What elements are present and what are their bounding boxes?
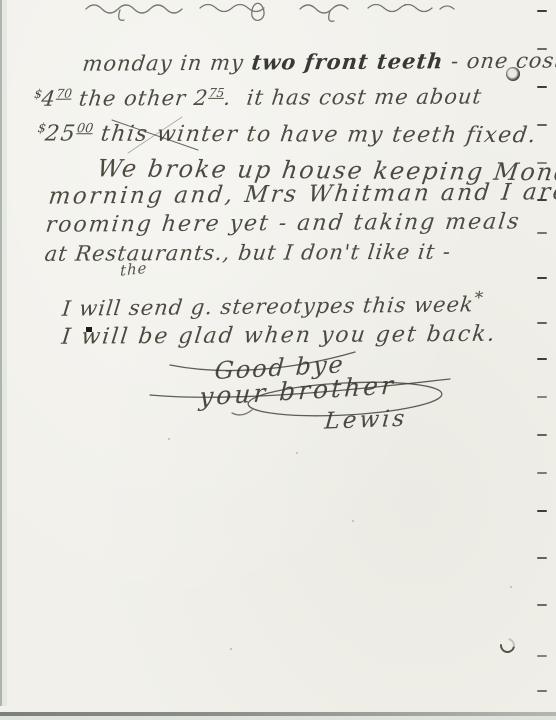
binding-mark: [537, 557, 547, 559]
binding-mark: [537, 510, 547, 512]
binding-mark: [537, 396, 547, 398]
binding-mark: [537, 232, 547, 234]
binding-mark: [537, 690, 547, 692]
signature-line2: Lewis: [282, 380, 409, 462]
paper-speck: [510, 586, 512, 588]
ink-blot: [86, 327, 92, 332]
signature-name-text: Lewis: [324, 406, 409, 435]
paper-speck: [404, 4, 406, 6]
binding-mark: [537, 655, 547, 657]
binding-mark: [537, 434, 547, 436]
binding-mark: [537, 472, 547, 474]
binding-mark: [537, 277, 547, 279]
letter-page: monday in my two front teeth - one cost …: [0, 0, 556, 720]
binding-mark: [537, 322, 547, 324]
binding-mark: [537, 124, 547, 126]
paper-speck: [352, 520, 354, 522]
binding-mark: [537, 604, 547, 606]
scan-bottom-edge-strip: [0, 716, 556, 720]
binding-mark: [537, 10, 547, 12]
binding-mark: [537, 358, 547, 360]
cropped-line-strokes: [86, 3, 454, 21]
paper-speck: [230, 648, 232, 650]
punch-hole-icon: [497, 635, 518, 656]
